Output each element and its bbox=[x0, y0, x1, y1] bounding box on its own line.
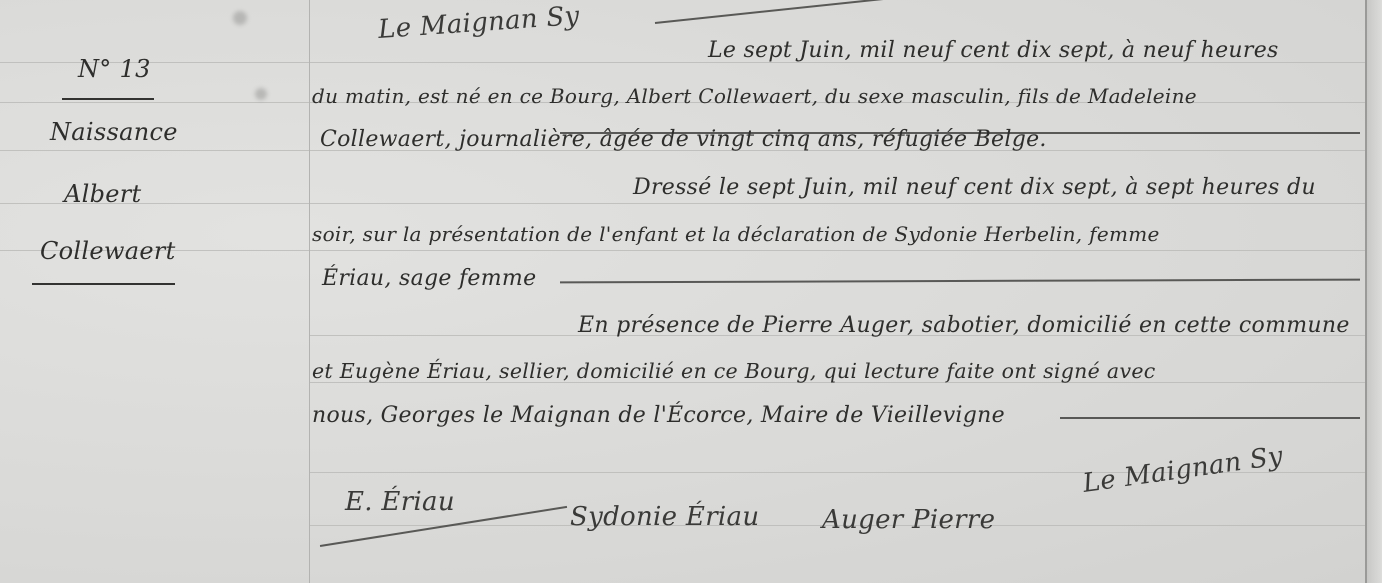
header-signature: Le Maignan Sy bbox=[377, 1, 580, 45]
ruled-line bbox=[0, 250, 1365, 251]
surname-underline bbox=[32, 283, 175, 285]
signature-witness-1: E. Ériau bbox=[345, 487, 455, 517]
paper-stain bbox=[255, 88, 267, 100]
register-page: N° 13 Naissance Albert Collewaert Le Mai… bbox=[0, 0, 1382, 583]
body-line-1: Le sept Juin, mil neuf cent dix sept, à … bbox=[708, 38, 1279, 63]
body-line-5: soir, sur la présentation de l'enfant et… bbox=[312, 222, 1160, 246]
section-separator bbox=[655, 0, 894, 24]
ruled-line bbox=[0, 203, 1365, 204]
binding-shadow bbox=[1367, 0, 1382, 583]
section-separator bbox=[1060, 417, 1360, 419]
body-line-4: Dressé le sept Juin, mil neuf cent dix s… bbox=[633, 175, 1316, 200]
entry-number: N° 13 bbox=[78, 55, 151, 83]
paper-stain bbox=[233, 11, 247, 25]
child-surname: Collewaert bbox=[40, 237, 176, 265]
body-line-7: En présence de Pierre Auger, sabotier, d… bbox=[578, 313, 1350, 338]
section-separator bbox=[560, 279, 1360, 284]
act-type: Naissance bbox=[50, 118, 178, 146]
signature-witness-2: Auger Pierre bbox=[822, 505, 995, 535]
body-line-2: du matin, est né en ce Bourg, Albert Col… bbox=[312, 84, 1197, 108]
body-line-9: nous, Georges le Maignan de l'Écorce, Ma… bbox=[312, 403, 1005, 428]
entry-number-underline bbox=[62, 98, 154, 100]
body-line-3: Collewaert, journalière, âgée de vingt c… bbox=[320, 127, 1047, 152]
signature-mayor: Le Maignan Sy bbox=[1081, 441, 1285, 499]
margin-rule bbox=[309, 0, 310, 583]
body-line-8: et Eugène Ériau, sellier, domicilié en c… bbox=[312, 359, 1156, 383]
child-given-name: Albert bbox=[64, 180, 142, 208]
body-line-6: Ériau, sage femme bbox=[322, 266, 536, 291]
signature-declarant: Sydonie Ériau bbox=[570, 502, 759, 532]
